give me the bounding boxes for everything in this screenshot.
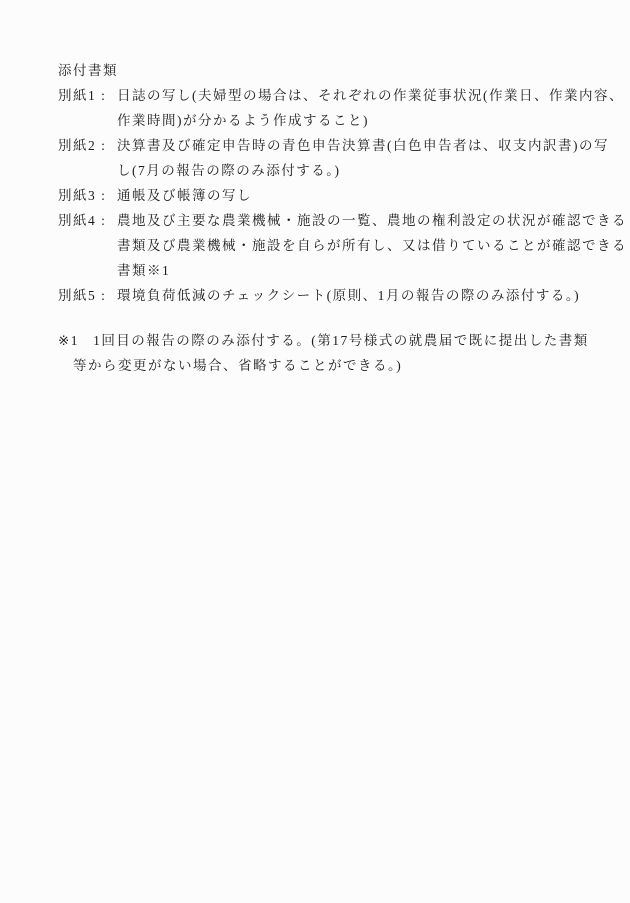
text-line: 通帳及び帳簿の写し <box>117 183 603 208</box>
attachment-item-4-body: 農地及び主要な農業機械・施設の一覧、農地の権利設定の状況が確認できる 書類及び農… <box>117 208 603 283</box>
attachment-item-1-label: 別紙1 : <box>58 83 117 108</box>
text-line: 日誌の写し(夫婦型の場合は、それぞれの作業従事状況(作業日、作業内容、 <box>117 83 603 108</box>
footnote-line-1: ※11回目の報告の際のみ添付する。(第17号様式の就農届で既に提出した書類 <box>58 328 603 353</box>
text-line: 決算書及び確定申告時の青色申告決算書(白色申告者は、収支内訳書)の写 <box>117 133 603 158</box>
text-line: 作業時間)が分かるよう作成すること) <box>117 108 603 133</box>
text-line: 書類及び農業機械・施設を自らが所有し、又は借りていることが確認できる <box>117 233 603 258</box>
attachment-item-1: 別紙1 : 日誌の写し(夫婦型の場合は、それぞれの作業従事状況(作業日、作業内容… <box>58 83 603 133</box>
attachment-item-3: 別紙3 : 通帳及び帳簿の写し <box>58 183 603 208</box>
attachment-item-1-body: 日誌の写し(夫婦型の場合は、それぞれの作業従事状況(作業日、作業内容、 作業時間… <box>117 83 603 133</box>
attachment-item-3-body: 通帳及び帳簿の写し <box>117 183 603 208</box>
footnote-text: 1回目の報告の際のみ添付する。(第17号様式の就農届で既に提出した書類 <box>93 333 589 348</box>
text-line: 環境負荷低減のチェックシート(原則、1月の報告の際のみ添付する。) <box>117 283 603 308</box>
document-content: 添付書類 別紙1 : 日誌の写し(夫婦型の場合は、それぞれの作業従事状況(作業日… <box>58 58 603 378</box>
text-line: 書類※1 <box>117 258 603 283</box>
attachment-item-5-label: 別紙5 : <box>58 283 117 308</box>
footnote: ※11回目の報告の際のみ添付する。(第17号様式の就農届で既に提出した書類 等か… <box>58 328 603 378</box>
attachment-item-2: 別紙2 : 決算書及び確定申告時の青色申告決算書(白色申告者は、収支内訳書)の写… <box>58 133 603 183</box>
footnote-line-2: 等から変更がない場合、省略することができる。) <box>58 353 603 378</box>
section-heading: 添付書類 <box>58 58 603 83</box>
attachment-item-4: 別紙4 : 農地及び主要な農業機械・施設の一覧、農地の権利設定の状況が確認できる… <box>58 208 603 283</box>
document-page: 添付書類 別紙1 : 日誌の写し(夫婦型の場合は、それぞれの作業従事状況(作業日… <box>0 0 630 903</box>
attachment-item-3-label: 別紙3 : <box>58 183 117 208</box>
attachment-item-2-label: 別紙2 : <box>58 133 117 158</box>
text-line: 農地及び主要な農業機械・施設の一覧、農地の権利設定の状況が確認できる <box>117 208 603 233</box>
attachment-item-5: 別紙5 : 環境負荷低減のチェックシート(原則、1月の報告の際のみ添付する。) <box>58 283 603 308</box>
attachment-item-4-label: 別紙4 : <box>58 208 117 233</box>
attachment-item-5-body: 環境負荷低減のチェックシート(原則、1月の報告の際のみ添付する。) <box>117 283 603 308</box>
footnote-marker: ※1 <box>58 328 79 353</box>
text-line: し(7月の報告の際のみ添付する。) <box>117 158 603 183</box>
attachment-item-2-body: 決算書及び確定申告時の青色申告決算書(白色申告者は、収支内訳書)の写 し(7月の… <box>117 133 603 183</box>
